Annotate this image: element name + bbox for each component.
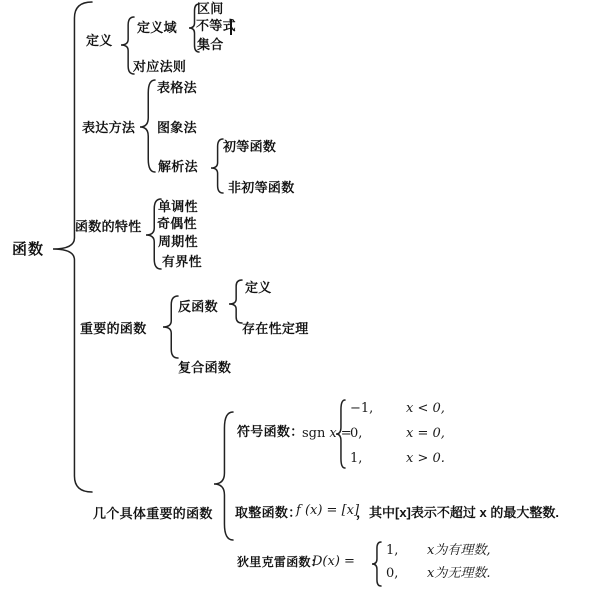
sign-case-condition: x < 0,: [406, 402, 445, 416]
sign-case-value: 1,: [350, 452, 362, 466]
sign-function-lhs: sgnx=: [302, 427, 352, 441]
dirichlet-case-value: 0,: [386, 567, 398, 581]
node-non-elementary-function: 非初等函数: [228, 181, 295, 196]
floor-function-note: ，其中[x]表示不超过 x 的最大整数.: [356, 506, 559, 521]
node-function-root: 函数: [12, 241, 44, 258]
sign-function-label: 符号函数：: [237, 425, 304, 440]
node-correspondence-rule: 对应法则: [133, 60, 186, 75]
node-inverse-function: 反函数: [178, 300, 218, 315]
dirichlet-case-value: 1,: [386, 544, 398, 558]
brace-root: [53, 2, 92, 492]
dirichlet-case-condition: x为有理数,: [427, 544, 490, 558]
dirichlet-case-condition: x为无理数.: [427, 567, 490, 581]
node-analytic-method: 解析法: [158, 160, 198, 175]
node-specific-important-functions: 几个具体重要的函数: [93, 507, 213, 522]
floor-function-expr: f (x) = [x]: [296, 504, 359, 518]
node-domain: 定义域: [137, 21, 177, 36]
node-monotonicity: 单调性: [158, 200, 198, 215]
brace-analytic: [211, 139, 223, 193]
sign-case-condition: x > 0.: [406, 452, 445, 466]
node-elementary-function: 初等函数: [223, 140, 276, 155]
sign-case-value: −1,: [350, 402, 373, 416]
floor-function-label: 取整函数：: [235, 506, 302, 521]
dirichlet-function-lhs: D(x) =: [312, 555, 355, 569]
node-periodicity: 周期性: [158, 235, 198, 250]
node-set: 集合: [197, 38, 224, 53]
brace-specific: [214, 412, 233, 540]
sign-case-value: 0,: [350, 427, 362, 441]
brace-expression: [140, 80, 155, 172]
node-table-method: 表格法: [157, 81, 197, 96]
node-composite-function: 复合函数: [178, 361, 231, 376]
node-graph-method: 图象法: [157, 121, 197, 136]
cursor-artifact: [230, 19, 232, 35]
brace-important: [163, 296, 178, 358]
node-existence-theorem: 存在性定理: [242, 322, 309, 337]
node-expression-methods: 表达方法: [82, 121, 135, 136]
brace-dirichlet-cases: [372, 542, 381, 586]
dirichlet-function-label: 狄里克雷函数：: [237, 556, 323, 570]
sign-case-condition: x = 0,: [406, 427, 445, 441]
node-function-properties: 函数的特性: [75, 220, 142, 235]
sgn-operator: sgn: [302, 426, 325, 441]
brace-inverse: [229, 280, 242, 323]
node-parity: 奇偶性: [157, 217, 197, 232]
node-interval: 区间: [197, 2, 224, 17]
node-boundedness: 有界性: [162, 255, 202, 270]
node-important-functions: 重要的函数: [80, 322, 147, 337]
node-inverse-definition: 定义: [245, 281, 272, 296]
node-definition: 定义: [86, 34, 113, 49]
brace-connectors: [0, 0, 592, 589]
function-concept-map: 函数 定义 表达方法 函数的特性 重要的函数 几个具体重要的函数 定义域 区间 …: [0, 0, 592, 589]
sgn-variable: x: [329, 426, 336, 441]
